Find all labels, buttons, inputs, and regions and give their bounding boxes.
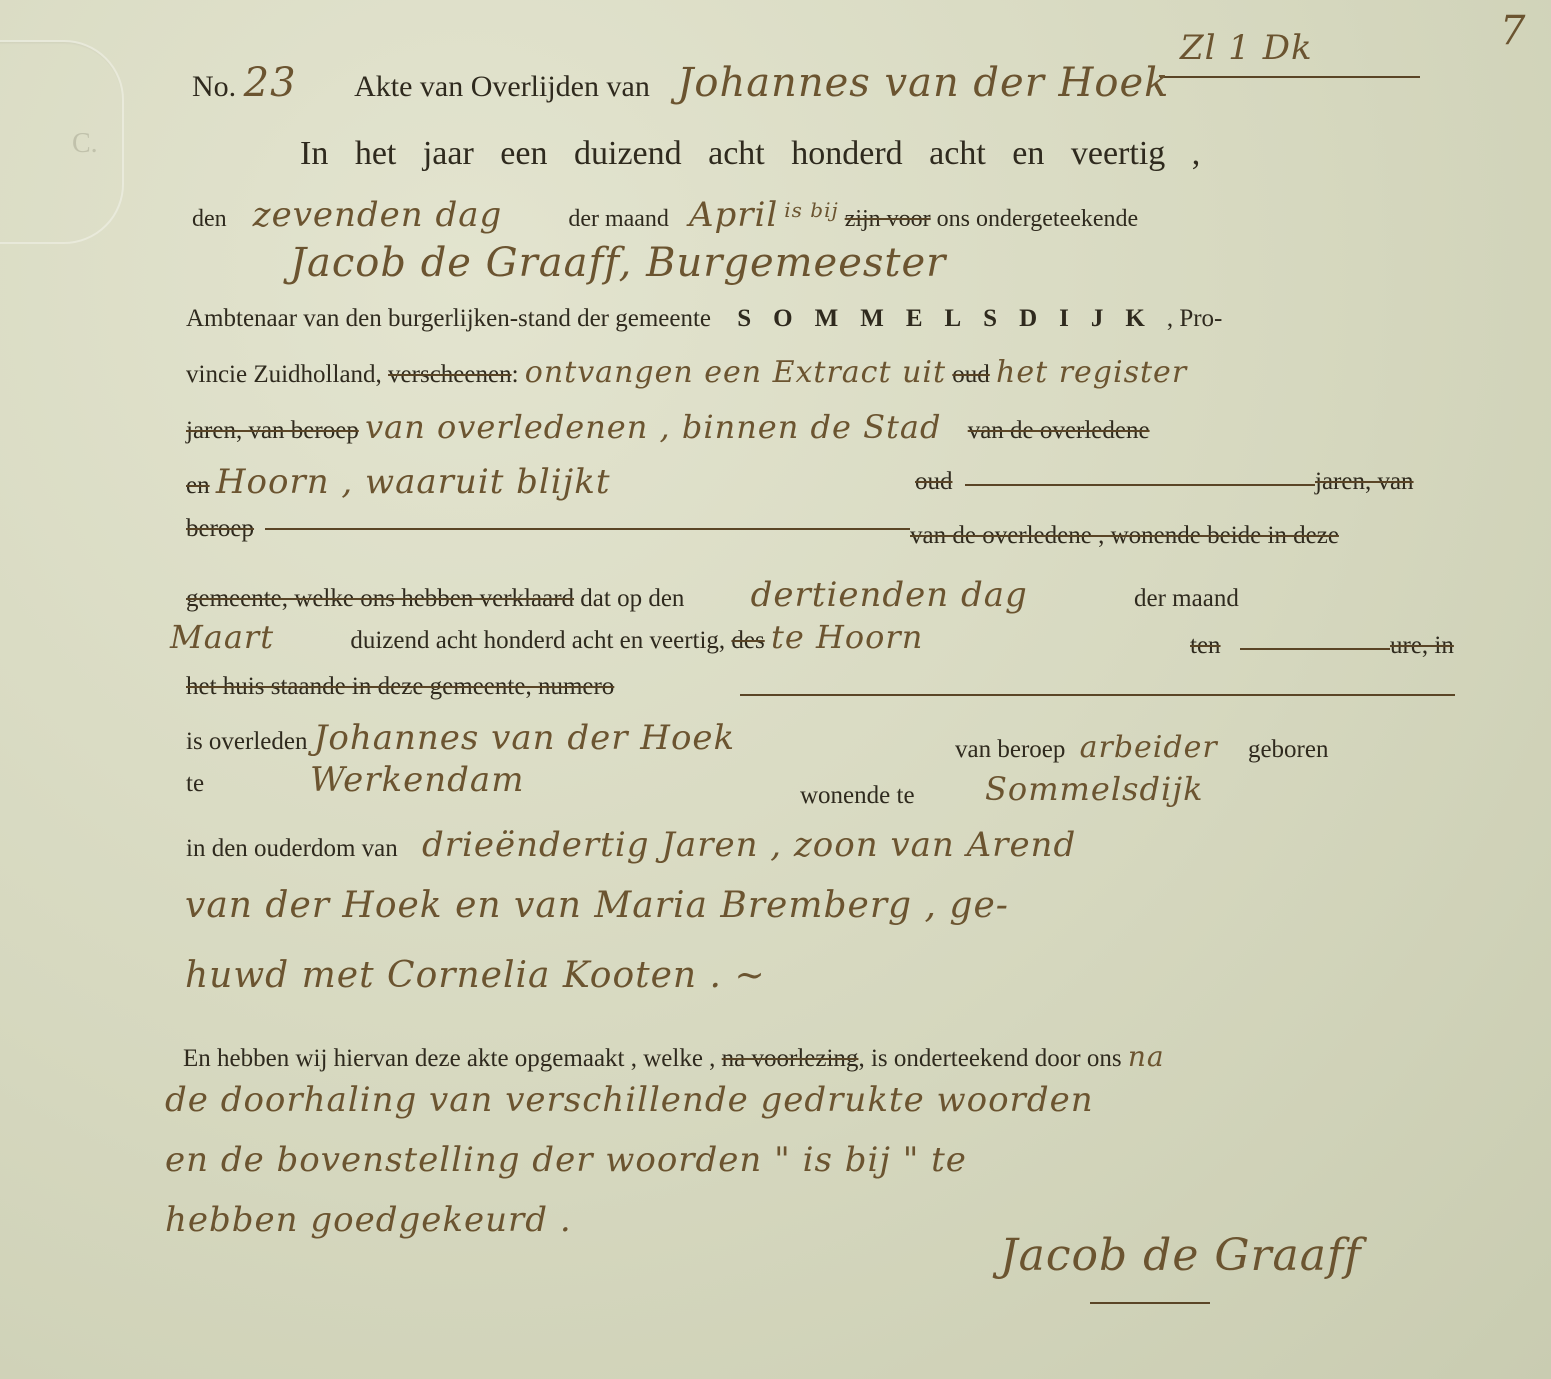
- annotation-line-1: de doorhaling van verschillende gedrukte…: [165, 1080, 1094, 1120]
- struck-en: en: [186, 472, 210, 499]
- struck-oud: oud: [952, 361, 990, 388]
- residence: Sommelsdijk: [985, 770, 1204, 808]
- day-of-record: zevenden dag: [253, 195, 503, 235]
- label-is-overleden: is overleden: [186, 728, 307, 755]
- struck-ten: ten: [1190, 632, 1221, 660]
- label-dat-op-den: dat op den: [580, 585, 684, 612]
- insertion-is-bij: is bij: [784, 198, 838, 222]
- annotation-line-3: hebben goedgekeurd .: [165, 1200, 572, 1240]
- label-te: te: [186, 770, 204, 798]
- strike-rule: [965, 484, 1315, 486]
- label-der-maand-2: der maand: [1134, 585, 1239, 612]
- label-year-2: duizend acht honderd acht en veertig,: [350, 627, 725, 654]
- label-onderteekend: , is onderteekend door ons: [858, 1045, 1121, 1072]
- margin-note: Zl 1 Dk: [1180, 28, 1313, 68]
- hand-extract: ontvangen een Extract uit: [525, 355, 946, 390]
- spouse-line: huwd met Cornelia Kooten . ~: [185, 955, 766, 996]
- struck-zijn-voor: zijn voor: [845, 206, 931, 232]
- occupation: arbeider: [1080, 730, 1218, 765]
- struck-huis: het huis staande in deze gemeente, numer…: [186, 673, 614, 701]
- label-geboren: geboren: [1248, 736, 1329, 763]
- strike-rule: [265, 528, 910, 530]
- signature: Jacob de Graaff: [1000, 1230, 1362, 1281]
- year-line: In het jaar een duizend acht honderd ach…: [300, 135, 1200, 173]
- label-ouderdom: in den ouderdom van: [186, 835, 398, 862]
- struck-wonende: van de overledene , wonende beide in dez…: [910, 522, 1339, 550]
- embossed-seal: [0, 40, 124, 244]
- margin-note-rule: [1160, 76, 1420, 78]
- age-and-parents: drieëndertig Jaren , zoon van Arend: [422, 825, 1076, 865]
- struck-des: des: [731, 627, 764, 654]
- hand-hoorn: Hoorn , waaruit blijkt: [216, 462, 611, 502]
- struck-oud-2: oud: [915, 468, 953, 496]
- label-der-maand: der maand: [568, 206, 669, 232]
- strike-rule: [1240, 648, 1390, 650]
- label-van-beroep: van beroep: [955, 736, 1065, 763]
- struck-ure-in: ure, in: [1390, 632, 1454, 660]
- label-hebben-wij: En hebben wij hiervan deze akte opgemaak…: [183, 1045, 715, 1072]
- hand-stad: van overledenen , binnen de Stad: [365, 408, 941, 446]
- strike-rule: [740, 694, 1455, 696]
- birthplace: Werkendam: [310, 760, 524, 800]
- struck-verscheenen: verscheenen: [388, 361, 512, 388]
- document-page: C. 7 Zl 1 Dk No. 23 Akte van Overlijden …: [0, 0, 1551, 1379]
- official-name: Jacob de Graaff, Burgemeester: [290, 240, 946, 286]
- label-wonende-te: wonende te: [800, 782, 915, 810]
- label-pro: , Pro-: [1167, 305, 1223, 332]
- struck-verklaard: gemeente, welke ons hebben verklaard: [186, 585, 574, 612]
- month-of-record: April: [689, 195, 778, 235]
- death-place: te Hoorn: [771, 618, 923, 656]
- document-title: Akte van Overlijden van: [354, 70, 650, 103]
- annotation-line-2: en de bovenstelling der woorden " is bij…: [165, 1140, 967, 1180]
- struck-overledene: van de overledene: [968, 417, 1150, 444]
- deceased-name-2: Johannes van der Hoek: [314, 718, 735, 758]
- hand-na: na: [1128, 1040, 1165, 1073]
- seal-letter-c: C.: [72, 128, 98, 160]
- struck-jaren-van: jaren, van: [1315, 468, 1414, 496]
- hand-register: het register: [996, 355, 1187, 390]
- record-number: 23: [244, 60, 297, 106]
- parents-line: van der Hoek en van Maria Bremberg , ge-: [185, 885, 1009, 926]
- label-ambtenaar: Ambtenaar van den burgerlijken-stand der…: [186, 305, 711, 332]
- colon: :: [512, 361, 519, 388]
- death-day: dertienden dag: [751, 575, 1028, 615]
- struck-jaren-beroep: jaren, van beroep: [186, 417, 359, 444]
- record-number-label: No.: [192, 70, 236, 103]
- label-ondergeteekende: ons ondergeteekende: [937, 206, 1138, 232]
- label-den: den: [192, 206, 227, 232]
- label-provincie: vincie Zuidholland,: [186, 361, 382, 388]
- page-number: 7: [1500, 8, 1526, 54]
- deceased-name: Johannes van der Hoek: [677, 60, 1169, 106]
- signature-underline: [1090, 1302, 1210, 1304]
- death-month: Maart: [170, 618, 274, 656]
- struck-na-voorlezing: na voorlezing: [722, 1045, 859, 1072]
- struck-beroep: beroep: [186, 515, 254, 543]
- municipality: SOMMELSDIJK: [737, 305, 1167, 332]
